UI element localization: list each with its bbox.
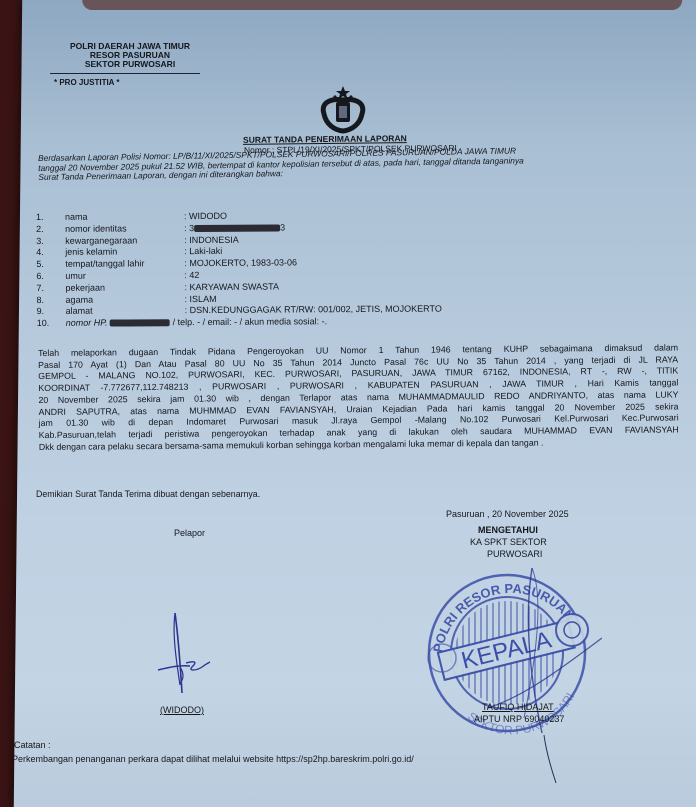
- field-number: 9.: [37, 306, 45, 316]
- field-label: nomor identitas: [65, 223, 127, 233]
- field-number: 7.: [36, 283, 44, 293]
- field-value-redacted: : 33: [184, 222, 285, 233]
- field-label: agama: [66, 294, 94, 304]
- reporter-signature-icon: [150, 605, 230, 705]
- field-number: 8.: [37, 295, 45, 305]
- field-value: / telp. - / email: - / akun media sosial…: [173, 316, 328, 327]
- field-label: umur: [65, 271, 86, 281]
- reporter-label: Pelapor: [174, 528, 205, 538]
- field-label: kewarganegaraan: [65, 235, 137, 245]
- field-value: : Laki-laki: [184, 246, 222, 256]
- officer-rank-nrp: AIPTU NRP 69040237: [474, 714, 564, 724]
- field-value-prefix: : 3: [184, 223, 194, 233]
- redaction-bar: [194, 224, 280, 232]
- field-value-suffix: 3: [280, 222, 285, 232]
- field-label: nama: [65, 212, 88, 222]
- officer-position-line-1: KA SPKT SEKTOR: [470, 537, 547, 547]
- note-text: Perkembangan penanganan perkara dapat di…: [12, 754, 414, 764]
- field-number: 2.: [36, 224, 44, 234]
- field-label: jenis kelamin: [65, 247, 117, 257]
- field-number: 4.: [36, 247, 44, 257]
- reporter-identity-list: 1. nama : WIDODO 2. nomor identitas : 33…: [36, 209, 597, 330]
- officer-name: TAUFIQ HIDAJAT: [482, 702, 554, 712]
- header-line-3: SEKTOR PURWOSARI: [55, 60, 205, 69]
- field-value: : DSN.KEDUNGGAGAK RT/RW: 001/002, JETIS,…: [185, 304, 442, 316]
- pro-justitia: * PRO JUSTITIA *: [54, 78, 120, 87]
- header-divider: [50, 73, 200, 74]
- note-label: Catatan :: [14, 740, 51, 750]
- field-number: 3.: [36, 236, 44, 246]
- field-number: 6.: [36, 271, 44, 281]
- acknowledged-label: MENGETAHUI: [478, 525, 538, 535]
- field-label: nomor HP.: [66, 318, 108, 328]
- agency-header: POLRI DAERAH JAWA TIMUR RESOR PASURUAN S…: [55, 42, 205, 69]
- field-label: alamat: [66, 306, 93, 316]
- field-value: : MOJOKERTO, 1983-03-06: [184, 258, 297, 269]
- field-value: : WIDODO: [184, 211, 227, 221]
- field-value: : 42: [184, 270, 199, 280]
- field-number: 5.: [36, 259, 44, 269]
- field-number: 1.: [36, 212, 44, 222]
- police-emblem-icon: [312, 84, 374, 136]
- field-label: tempat/tanggal lahir: [65, 259, 144, 269]
- field-label: pekerjaan: [65, 282, 105, 292]
- field-number: 10.: [37, 318, 50, 328]
- closing-statement: Demikian Surat Tanda Terima dibuat denga…: [36, 489, 260, 499]
- report-paragraph: Telah melaporkan dugaan Tindak Pidana Pe…: [38, 342, 679, 453]
- redaction-bar: [110, 319, 170, 326]
- field-value: : KARYAWAN SWASTA: [184, 281, 279, 292]
- place-date: Pasuruan , 20 November 2025: [446, 509, 569, 519]
- field-label-with-value: nomor HP. / telp. - / email: - / akun me…: [66, 316, 328, 328]
- field-value: : ISLAM: [185, 293, 217, 303]
- background-edge: [82, 0, 682, 10]
- reporter-name: (WIDODO): [160, 705, 204, 715]
- stamp-center-text: KEPALA: [459, 626, 554, 674]
- field-value: : INDONESIA: [184, 234, 239, 244]
- pen-stroke-icon: [540, 735, 560, 785]
